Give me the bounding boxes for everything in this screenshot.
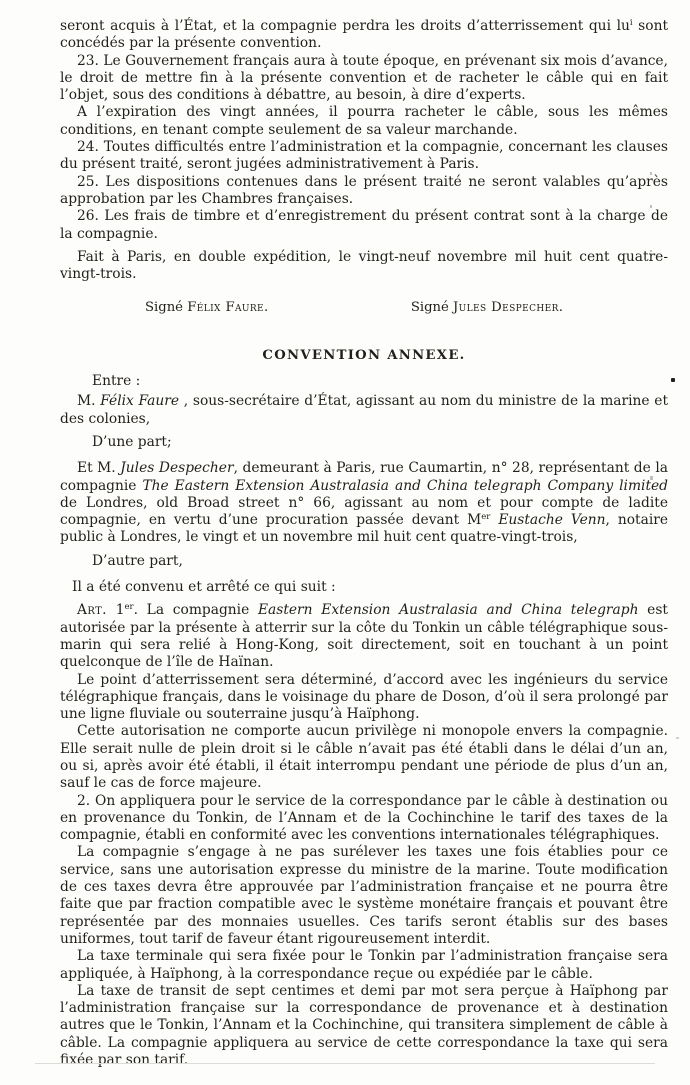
text-run: Il a été convenu et arrêté ce qui suit : (72, 579, 336, 595)
paragraph: Cette autorisation ne comporte aucun pri… (60, 723, 668, 792)
paragraph: 23. Le Gouvernement français aura à tout… (60, 53, 668, 105)
sc-text-run: Félix Faure (187, 300, 264, 315)
paragraph: 25. Les dispositions contenues dans le p… (60, 174, 668, 209)
text-run: D’autre part, (92, 553, 183, 569)
text-run: 24. Toutes difficultés entre l’administr… (60, 139, 668, 172)
text-run: Signé (411, 300, 453, 315)
text-run: . (559, 300, 563, 315)
sup-text-run: er (124, 602, 133, 612)
paragraph: Fait à Paris, en double expédition, le v… (60, 249, 668, 284)
paragraph: 24. Toutes difficultés entre l’administr… (60, 139, 668, 174)
paragraph: D’une part; (60, 434, 668, 451)
text-run: Fait à Paris, en double expédition, le v… (60, 249, 668, 282)
paragraph: 2. On appliquera pour le service de la c… (60, 793, 668, 845)
text-run: Le point d’atterrissement sera déterminé… (60, 672, 668, 723)
it-text-run: Félix Faure (100, 393, 179, 409)
text-run: . La compagnie (134, 602, 258, 618)
sup-text-run: er (481, 512, 490, 522)
ink-speck (650, 250, 652, 252)
paragraph: La taxe terminale qui sera fixée pour le… (60, 948, 668, 983)
text-run: A l’expiration des vingt années, il pour… (60, 104, 668, 137)
text-run: Entre : (92, 373, 140, 389)
text-run: Cette autorisation ne comporte aucun pri… (60, 723, 668, 791)
text-run: Et M. (77, 460, 120, 476)
it-text-run: The Eastern Extension Australasia and Ch… (142, 478, 668, 494)
text-run: M. (77, 393, 100, 409)
sc-text-run: Jules Despecher (453, 300, 559, 315)
ink-speck (650, 172, 652, 175)
text-run: 23. Le Gouvernement français aura à tout… (60, 53, 668, 104)
text-run: La taxe de transit de sept centimes et d… (60, 983, 668, 1068)
text-run: . (264, 300, 268, 315)
it-text-run: Jules Despecher (120, 460, 233, 476)
paragraph: seront acquis à l’État, et la compagnie … (60, 18, 668, 53)
paragraph: Le point d’atterrissement sera déterminé… (60, 672, 668, 724)
signature-left: Signé Félix Faure. (145, 299, 268, 316)
sc-text-run: Art. (77, 602, 107, 618)
paragraph: Et M. Jules Despecher, demeurant à Paris… (60, 460, 668, 546)
text-run: D’une part; (92, 434, 172, 450)
paragraph: 26. Les frais de timbre et d’enregistrem… (60, 208, 668, 243)
text-run: 25. Les dispositions contenues dans le p… (60, 174, 668, 207)
paragraph: D’autre part, (60, 553, 668, 570)
ink-speck (280, 1043, 282, 1045)
text-run: Signé (145, 300, 187, 315)
text-run: La taxe terminale qui sera fixée pour le… (60, 948, 668, 981)
ink-speck (650, 205, 652, 208)
paragraph: La compagnie s’engage à ne pas surélever… (60, 844, 668, 948)
paragraph: Entre : (60, 373, 668, 390)
ink-dot-right-margin (671, 378, 675, 382)
document-text: seront acquis à l’État, et la compagnie … (60, 18, 668, 1069)
text-run: La compagnie s’engage à ne pas surélever… (60, 844, 668, 946)
paragraph: Art. 1er. La compagnie Eastern Extension… (60, 602, 668, 671)
text-run: seront acquis à l’État, et la compagnie … (60, 18, 630, 34)
page-edge-line (35, 1063, 655, 1064)
text-run: 1 (107, 602, 125, 618)
signature-right: Signé Jules Despecher. (411, 299, 563, 316)
paragraph: M. Félix Faure , sous-secrétaire d’État,… (60, 393, 668, 428)
paragraph: A l’expiration des vingt années, il pour… (60, 104, 668, 139)
ink-speck (650, 476, 653, 480)
signatures-row: Signé Félix Faure.Signé Jules Despecher. (60, 299, 668, 316)
section-heading: CONVENTION ANNEXE. (60, 347, 668, 364)
text-run: CONVENTION ANNEXE. (262, 348, 465, 363)
paragraph: La taxe de transit de sept centimes et d… (60, 983, 668, 1069)
text-run: 2. On appliquera pour le service de la c… (60, 793, 668, 844)
paragraph: Il a été convenu et arrêté ce qui suit : (60, 579, 668, 596)
ink-speck (676, 737, 679, 739)
it-text-run: Eustache Venn (498, 512, 605, 528)
it-text-run: Eastern Extension Australasia and China … (258, 602, 639, 618)
document-page: seront acquis à l’État, et la compagnie … (0, 0, 690, 1085)
text-run: 26. Les frais de timbre et d’enregistrem… (60, 208, 668, 241)
